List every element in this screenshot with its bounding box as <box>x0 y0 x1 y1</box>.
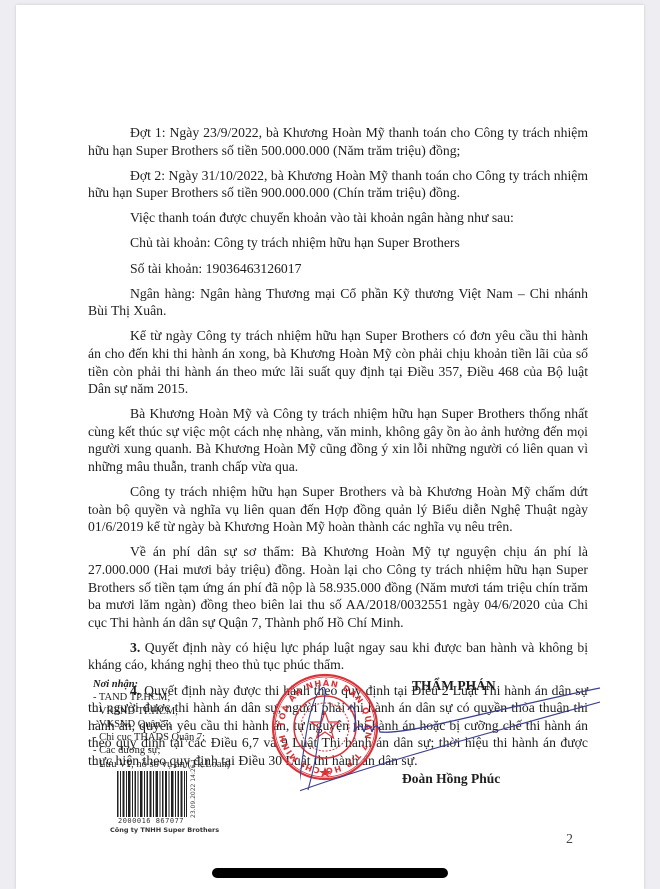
paragraph-settlement: Bà Khương Hoàn Mỹ và Công ty trách nhiệm… <box>88 405 588 475</box>
recipient-item: - Lưu VP, hồ sơ vụ án (Tk.Loan) <box>93 758 230 771</box>
judge-title: THẨM PHÁN <box>412 678 496 694</box>
recipient-item: - Chi cục THADS Quận 7; <box>93 731 230 744</box>
recipient-item: - VKSND Quận 7; <box>93 718 230 731</box>
paragraph-account-holder: Chủ tài khoản: Công ty trách nhiệm hữu h… <box>88 234 588 252</box>
paragraph-interest: Kể từ ngày Công ty trách nhiệm hữu hạn S… <box>88 327 588 397</box>
recipient-item: - VKSND TP.HCM; <box>93 705 230 718</box>
paragraph-transfer-info: Việc thanh toán được chuyển khoản vào tà… <box>88 209 588 227</box>
barcode-number: 2000016 867077 <box>118 817 184 825</box>
recipient-item: - Các đương sự; <box>93 744 230 757</box>
recipient-item: - TAND TP.HCM; <box>93 691 230 704</box>
paragraph-court-fee: Về án phí dân sự sơ thẩm: Bà Khương Hoàn… <box>88 543 588 631</box>
barcode-label: Công ty TNHH Super Brothers <box>110 826 219 834</box>
recipients-list: Nơi nhận: - TAND TP.HCM; - VKSND TP.HCM;… <box>93 678 230 771</box>
paragraph-installment-1: Đợt 1: Ngày 23/9/2022, bà Khương Hoàn Mỹ… <box>88 124 588 159</box>
home-indicator[interactable] <box>212 868 448 878</box>
paragraph-termination: Công ty trách nhiệm hữu hạn Super Brothe… <box>88 483 588 536</box>
judge-name: Đoàn Hồng Phúc <box>402 771 500 787</box>
paragraph-bank: Ngân hàng: Ngân hàng Thương mại Cổ phần … <box>88 285 588 320</box>
barcode-icon <box>117 771 187 817</box>
clause-3: 3. Quyết định này có hiệu lực pháp luật … <box>88 639 588 674</box>
paragraph-installment-2: Đợt 2: Ngày 31/10/2022, bà Khương Hoàn M… <box>88 167 588 202</box>
page-number: 2 <box>566 832 573 848</box>
paragraph-account-number: Số tài khoản: 19036463126017 <box>88 260 588 278</box>
barcode-timestamp: 23.09.2022 14:26 <box>190 764 197 818</box>
recipients-title: Nơi nhận: <box>93 678 230 691</box>
signature-icon <box>300 680 600 810</box>
